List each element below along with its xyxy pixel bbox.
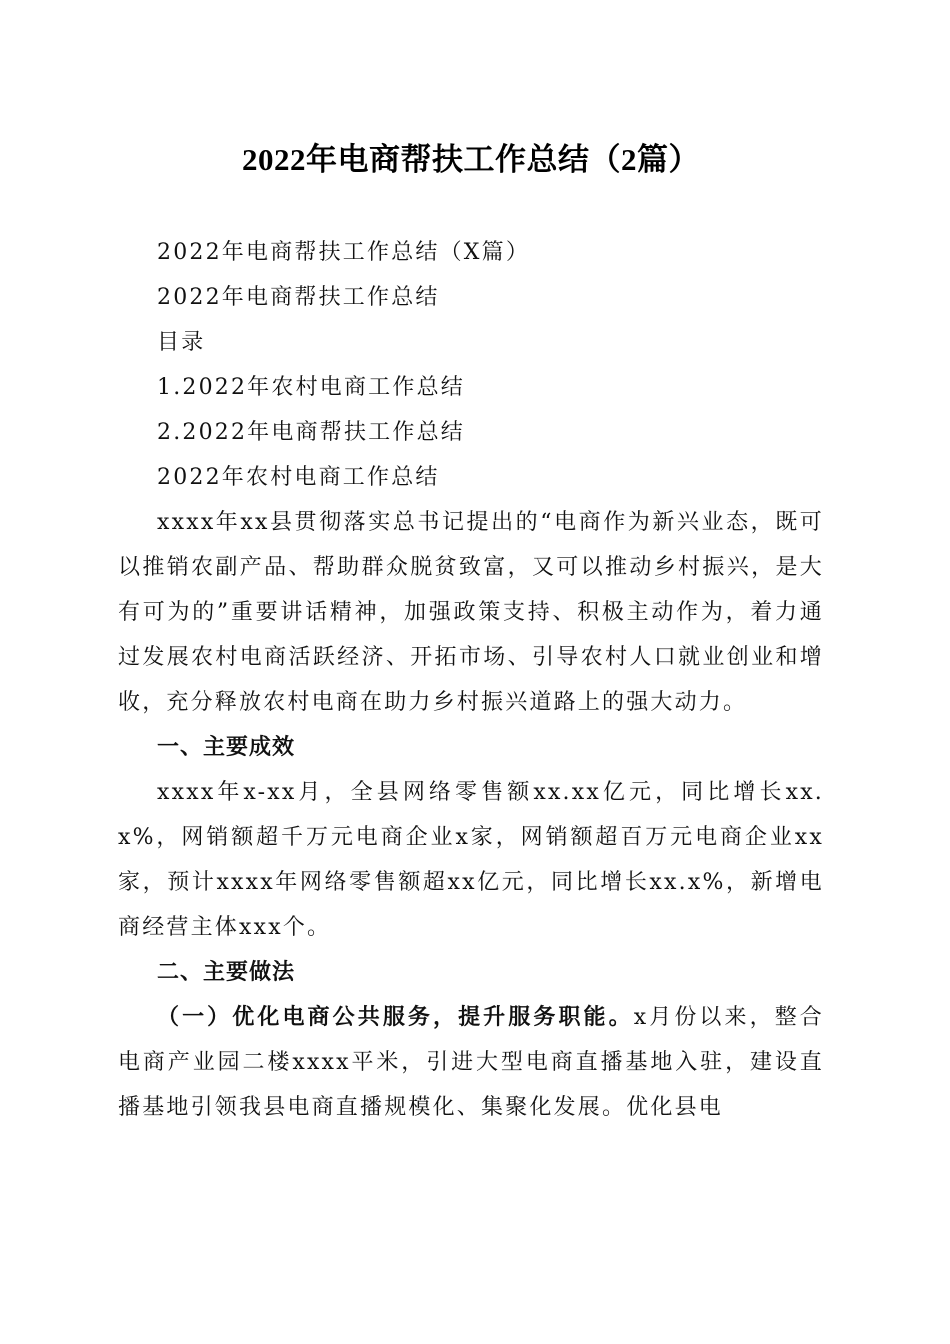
toc-heading: 目录 [118,320,824,365]
article-title: 2022年农村电商工作总结 [118,455,824,500]
document-title: 2022年电商帮扶工作总结（2篇） [118,138,824,182]
subsection-title: （一）优化电商公共服务，提升服务职能。 [157,1004,634,1030]
document-body: 2022年电商帮扶工作总结（X篇） 2022年电商帮扶工作总结 目录 1.202… [118,230,824,1130]
section-paragraph: （一）优化电商公共服务，提升服务职能。x月份以来，整合电商产业园二楼xxxx平米… [118,995,824,1130]
intro-paragraph: xxxx年xx县贯彻落实总书记提出的“电商作为新兴业态，既可以推销农副产品、帮助… [118,500,824,725]
subtitle-line: 2022年电商帮扶工作总结（X篇） [118,230,824,275]
section-heading: 一、主要成效 [118,725,824,770]
section-heading: 二、主要做法 [118,950,824,995]
toc-item: 1.2022年农村电商工作总结 [118,365,824,410]
subtitle-line: 2022年电商帮扶工作总结 [118,275,824,320]
toc-item: 2.2022年电商帮扶工作总结 [118,410,824,455]
section-paragraph: xxxx年x-xx月，全县网络零售额xx.xx亿元，同比增长xx.x%，网销额超… [118,770,824,950]
